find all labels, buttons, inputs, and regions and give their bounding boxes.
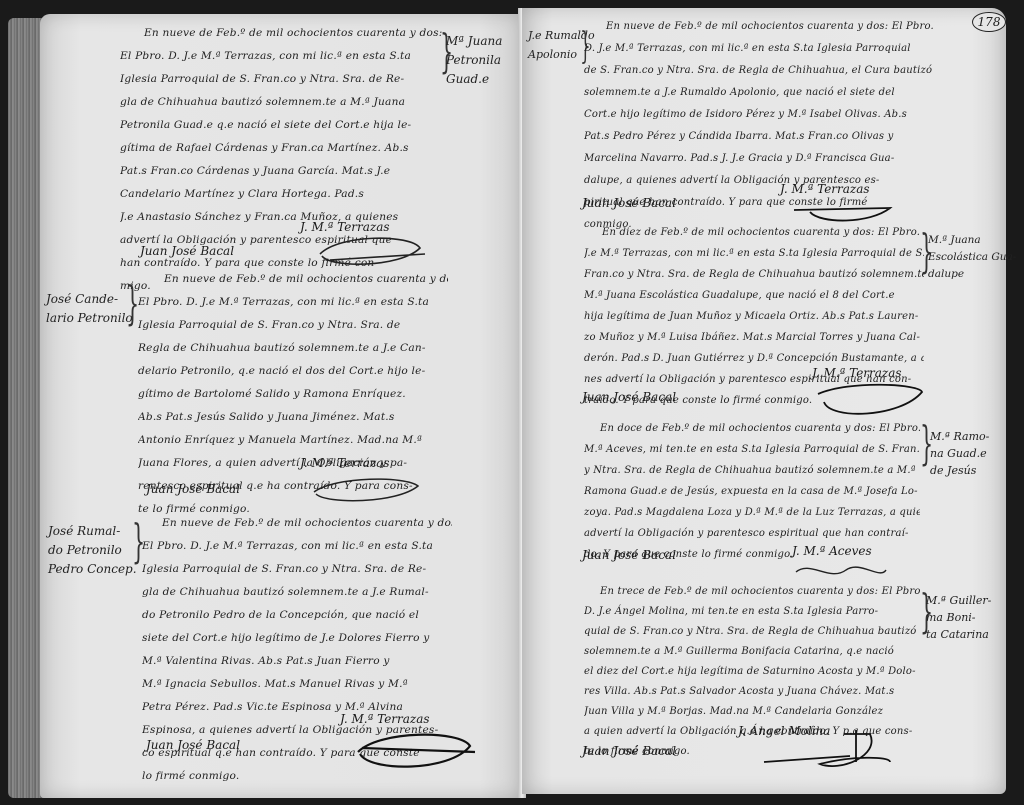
entry-line: quial de S. Fran.co y Ntra. Sra. de Regl… — [584, 622, 920, 642]
entry-line: el diez del Cort.e hija legítima de Satu… — [584, 662, 920, 682]
margin-name-note: José Cande- lario Petronilo — [46, 290, 133, 328]
entry-line: Pat.s Pedro Pérez y Cándida Ibarra. Mat.… — [584, 126, 954, 148]
entry-line: En nueve de Feb.º de mil ochocientos cua… — [142, 512, 452, 535]
entry-line: M.ª Valentina Rivas. Ab.s Pat.s Juan Fie… — [142, 650, 452, 673]
entry-line: En trece de Feb.º de mil ochocientos cua… — [584, 582, 920, 602]
entry-line: M.ª Ignacia Sebullos. Mat.s Manuel Rivas… — [142, 673, 452, 696]
margin-name-note: M.ª Juana Escolástica Gua- dalupe — [928, 232, 1016, 283]
entry-line: M.ª Juana Escolástica Guadalupe, que nac… — [584, 285, 924, 306]
entry-line: El Pbro. D. J.e M.ª Terrazas, con mi lic… — [142, 535, 452, 558]
entry-line: El Pbro. D. J.e M.ª Terrazas, con mi lic… — [120, 45, 450, 68]
entry-line: solemnem.te a M.ª Guillerma Bonifacia Ca… — [584, 642, 920, 662]
entry-line: Ab.s Pat.s Jesús Salido y Juana Jiménez.… — [138, 406, 448, 429]
entry-line: D. J.e M.ª Terrazas, con mi lic.ª en est… — [584, 38, 954, 60]
entry-line: do Petronilo Pedro de la Concepción, que… — [142, 604, 452, 627]
signature-notary: Juan José Bacal — [146, 482, 240, 496]
signature-notary: Juan José Bacal — [582, 548, 676, 562]
entry-line: D. J.e Ángel Molina, mi ten.te en esta S… — [584, 602, 920, 622]
entry-line: advertí la Obligación y parentesco espir… — [584, 523, 920, 544]
signature-notary: Juan José Bacal — [582, 744, 676, 758]
margin-name-note: José Rumal- do Petronilo Pedro Concep. — [48, 522, 137, 579]
entry-line: M.ª Aceves, mi ten.te en esta S.ta Igles… — [584, 439, 920, 460]
entry-line: gítima de Rafael Cárdenas y Fran.ca Mart… — [120, 137, 450, 160]
entry-line: En nueve de Feb.º de mil ochocientos cua… — [138, 268, 448, 291]
entry-line: Antonio Enríquez y Manuela Martínez. Mad… — [138, 429, 448, 452]
entry-line: En doce de Feb.º de mil ochocientos cuar… — [584, 418, 920, 439]
signature-flourish-icon — [810, 380, 930, 420]
entry-line: Iglesia Parroquial de S. Fran.co y Ntra.… — [142, 558, 452, 581]
entry-line: Iglesia Parroquial de S. Fran.co y Ntra.… — [138, 314, 448, 337]
entry-line: Regla de Chihuahua bautizó solemnem.te a… — [138, 337, 448, 360]
entry-line: hija legítima de Juan Muñoz y Micaela Or… — [584, 306, 924, 327]
entry-line: Petronila Guad.e q.e nació el siete del … — [120, 114, 450, 137]
entry-line: Ramona Guad.e de Jesús, expuesta en la c… — [584, 481, 920, 502]
entry-line: J.e Anastasio Sánchez y Fran.ca Muñoz, a… — [120, 206, 450, 229]
signature-notary: Juan José Bacal — [582, 196, 676, 210]
entry-line: Marcelina Navarro. Pad.s J. J.e Gracia y… — [584, 148, 954, 170]
entry-line: En diez de Feb.º de mil ochocientos cuar… — [584, 222, 924, 243]
signature-priest: J. M.ª Terrazas — [340, 712, 430, 726]
signature-flourish-icon — [790, 560, 890, 582]
entry-line: En nueve de Feb.º de mil ochocientos cua… — [120, 22, 450, 45]
signature-flourish-icon — [760, 726, 900, 776]
entry-line: El Pbro. D. J.e M.ª Terrazas, con mi lic… — [138, 291, 448, 314]
margin-name-note: M.ª Ramo- na Guad.e de Jesús — [930, 428, 989, 479]
entry-line: Candelario Martínez y Clara Hortega. Pad… — [120, 183, 450, 206]
entry-line: Iglesia Parroquial de S. Fran.co y Ntra.… — [120, 68, 450, 91]
signature-flourish-icon — [310, 232, 430, 272]
entry-line: solemnem.te a J.e Rumaldo Apolonio, que … — [584, 82, 954, 104]
entry-line: Cort.e hijo legítimo de Isidoro Pérez y … — [584, 104, 954, 126]
entry-line: gla de Chihuahua bautizó solemnem.te a M… — [120, 91, 450, 114]
signature-notary: Juan José Bacal — [146, 738, 240, 752]
entry-line: En nueve de Feb.º de mil ochocientos cua… — [584, 16, 954, 38]
entry-line: res Villa. Ab.s Pat.s Salvador Acosta y … — [584, 682, 920, 702]
baptism-entry: En doce de Feb.º de mil ochocientos cuar… — [584, 418, 920, 565]
entry-line: dalupe, a quienes advertí la Obligación … — [584, 170, 954, 192]
signature-notary: Juan José Bacal — [140, 244, 234, 258]
entry-line: zoya. Pad.s Magdalena Loza y D.ª M.ª de … — [584, 502, 920, 523]
signature-priest: J. M.ª Terrazas — [300, 456, 390, 470]
entry-line: delario Petronilo, q.e nació el dos del … — [138, 360, 448, 383]
entry-line: Pat.s Fran.co Cárdenas y Juana García. M… — [120, 160, 450, 183]
signature-flourish-icon — [306, 472, 426, 508]
signature-priest: J. M.ª Terrazas — [812, 366, 902, 380]
entry-line: J.e M.ª Terrazas, con mi lic.ª en esta S… — [584, 243, 924, 264]
entry-line: zo Muñoz y M.ª Luisa Ibáñez. Mat.s Marci… — [584, 327, 924, 348]
margin-name-note: M.ª Guiller- ma Boni- ta Catarina — [926, 592, 991, 643]
entry-line: y Ntra. Sra. de Regla de Chihuahua bauti… — [584, 460, 920, 481]
signature-priest: J. M.ª Terrazas — [780, 182, 870, 196]
entry-line: de S. Fran.co y Ntra. Sra. de Regla de C… — [584, 60, 954, 82]
page-number: 178 — [972, 12, 1006, 32]
signature-flourish-icon — [350, 728, 480, 774]
entry-line: Fran.co y Ntra. Sra. de Regla de Chihuah… — [584, 264, 924, 285]
entry-line: siete del Cort.e hijo legítimo de J.e Do… — [142, 627, 452, 650]
entry-line: gítimo de Bartolomé Salido y Ramona Enrí… — [138, 383, 448, 406]
signature-priest: J. M.ª Aceves — [792, 544, 872, 558]
signature-notary: Juan José Bacal — [582, 390, 676, 404]
entry-line: gla de Chihuahua bautizó solemnem.te a J… — [142, 581, 452, 604]
entry-line: Juan Villa y M.ª Borjas. Mad.na M.ª Cand… — [584, 702, 920, 722]
register-book-spread: 178 En nueve de Feb.º de mil ochocientos… — [0, 0, 1024, 805]
margin-name-note: Mª Juana Petronila Guad.e — [446, 32, 502, 89]
